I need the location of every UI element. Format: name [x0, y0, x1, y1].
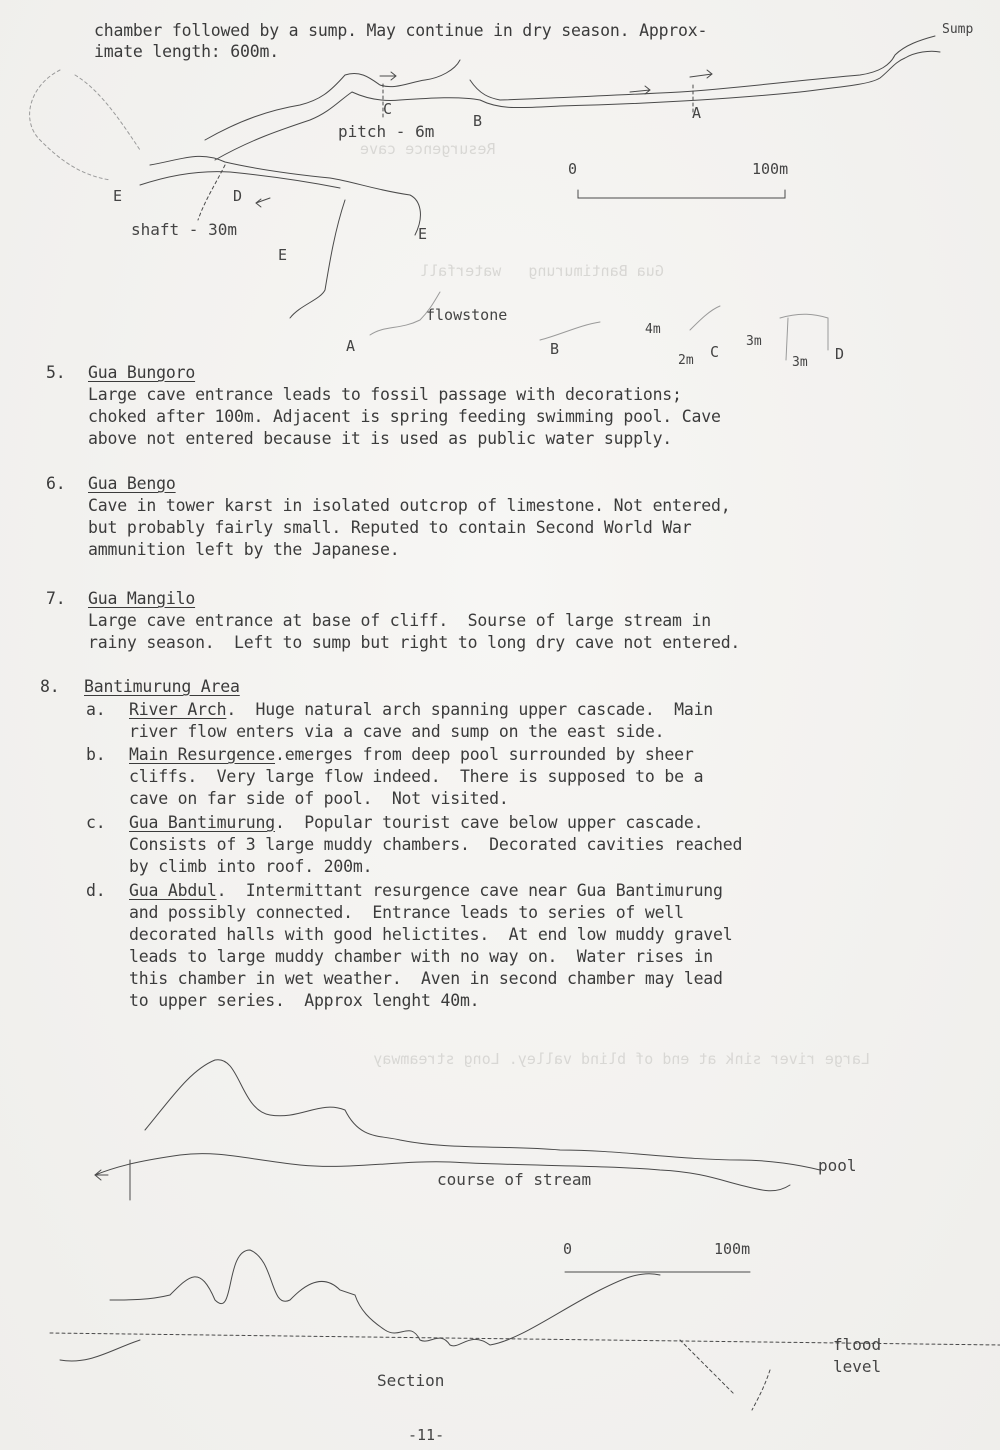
entry-line: Large cave entrance at base of cliff. So…	[88, 610, 711, 632]
profile-sketch	[370, 292, 828, 360]
survey-label-e: E	[113, 187, 122, 205]
survey-label-sump: Sump	[942, 22, 973, 37]
subitem-first-line: Main Resurgence.emerges from deep pool s…	[129, 744, 694, 766]
entrance-arc	[30, 70, 140, 180]
survey-label-e: E	[278, 246, 287, 264]
profile-label-a: A	[346, 337, 355, 355]
entry-line: Large cave entrance leads to fossil pass…	[88, 384, 682, 406]
profile-height-3m: 3m	[792, 355, 808, 370]
subitem-line: cliffs. Very large flow indeed. There is…	[129, 766, 703, 788]
profile-height-2m: 2m	[678, 353, 694, 368]
profile-height-3m: 3m	[746, 334, 762, 349]
stream-course-upper	[145, 1060, 820, 1170]
profile-label-d: D	[835, 345, 844, 363]
entry-title: Bantimurung Area	[84, 676, 240, 698]
subitem-line: cave on far side of pool. Not visited.	[129, 788, 509, 810]
entry-title: Gua Mangilo	[88, 588, 195, 610]
subitem-first-line: Gua Bantimurung. Popular tourist cave be…	[129, 812, 703, 834]
entry-title: Gua Bungoro	[88, 362, 195, 384]
subitem-line: leads to large muddy chamber with no way…	[129, 946, 713, 968]
flood-label: flood	[833, 1335, 881, 1354]
entry-line: Cave in tower karst in isolated outcrop …	[88, 495, 730, 517]
entry-line: but probably fairly small. Reputed to co…	[88, 517, 692, 539]
survey-label-e: E	[418, 225, 427, 243]
entry-line: ammunition left by the Japanese.	[88, 539, 399, 561]
survey-label-d: D	[233, 187, 242, 205]
survey-label-c: C	[383, 100, 392, 118]
subitem-line: decorated halls with good helictites. At…	[129, 924, 733, 946]
section-deep-profile	[680, 1340, 770, 1410]
entry-line: above not entered because it is used as …	[88, 428, 672, 450]
pitch-label: pitch - 6m	[338, 122, 434, 141]
page-number: -11-	[408, 1426, 444, 1444]
survey-label-b: B	[473, 112, 482, 130]
section-label: Section	[377, 1371, 444, 1390]
subitem-title: Main Resurgence	[129, 745, 275, 764]
subitem-first-line: Gua Abdul. Intermittant resurgence cave …	[129, 880, 723, 902]
arrow-D	[256, 198, 270, 207]
arrow-A	[690, 70, 712, 78]
subitem-letter: b.	[86, 744, 105, 766]
top-scale-bar	[578, 190, 785, 198]
top-scale-start: 0	[568, 160, 577, 178]
stream-arrow	[95, 1170, 108, 1180]
south-passage	[290, 200, 345, 318]
subitem-first-line: River Arch. Huge natural arch spanning u…	[129, 699, 713, 721]
section-profile	[110, 1250, 660, 1346]
subitem-title: Gua Bantimurung	[129, 813, 275, 832]
subitem-text: . Popular tourist cave below upper casca…	[275, 813, 703, 832]
profile-height-4m: 4m	[645, 322, 661, 337]
entry-number: 5.	[46, 362, 65, 384]
shaft-label: shaft - 30m	[131, 220, 237, 239]
subitem-line: by climb into roof. 200m.	[129, 856, 372, 878]
subitem-text: .emerges from deep pool surrounded by sh…	[275, 745, 694, 764]
west-passage-lower	[140, 172, 340, 188]
subitem-line: Consists of 3 large muddy chambers. Deco…	[129, 834, 742, 856]
entry-line: choked after 100m. Adjacent is spring fe…	[88, 406, 721, 428]
subitem-line: this chamber in wet weather. Aven in sec…	[129, 968, 723, 990]
subitem-line: to upper series. Approx lenght 40m.	[129, 990, 479, 1012]
subitem-text: . Intermittant resurgence cave near Gua …	[217, 881, 723, 900]
entry-number: 6.	[46, 473, 65, 495]
subitem-letter: c.	[86, 812, 105, 834]
profile-label-c: C	[710, 343, 719, 361]
entry-number: 7.	[46, 588, 65, 610]
survey-label-a: A	[692, 104, 701, 122]
flowstone-label: flowstone	[426, 306, 507, 324]
main-passage-lower-wall	[215, 51, 940, 160]
subitem-line: and possibly connected. Entrance leads t…	[129, 902, 684, 924]
top-scale-end: 100m	[752, 160, 788, 178]
subitem-text: . Huge natural arch spanning upper casca…	[226, 700, 713, 719]
entry-title: Gua Bengo	[88, 473, 176, 495]
bottom-scale-end: 100m	[714, 1240, 750, 1258]
level-label: level	[833, 1357, 881, 1376]
section-floor-left	[60, 1340, 140, 1361]
subitem-line: river flow enters via a cave and sump on…	[129, 721, 664, 743]
entry-line: rainy season. Left to sump but right to …	[88, 632, 740, 654]
subitem-letter: a.	[86, 699, 105, 721]
pool-label: pool	[818, 1156, 857, 1175]
bottom-scale-start: 0	[563, 1240, 572, 1258]
arrow-mid	[630, 86, 650, 94]
intro-line: chamber followed by a sump. May continue…	[94, 20, 707, 42]
profile-label-b: B	[550, 340, 559, 358]
intro-line: imate length: 600m.	[94, 41, 279, 63]
arrow-C	[380, 72, 396, 80]
shaft-line	[198, 165, 225, 220]
subitem-letter: d.	[86, 880, 105, 902]
subitem-title: River Arch	[129, 700, 226, 719]
stream-course-label: course of stream	[437, 1170, 591, 1189]
main-passage-upper-wall	[205, 36, 935, 140]
subitem-title: Gua Abdul	[129, 881, 217, 900]
entry-number: 8.	[40, 676, 59, 698]
